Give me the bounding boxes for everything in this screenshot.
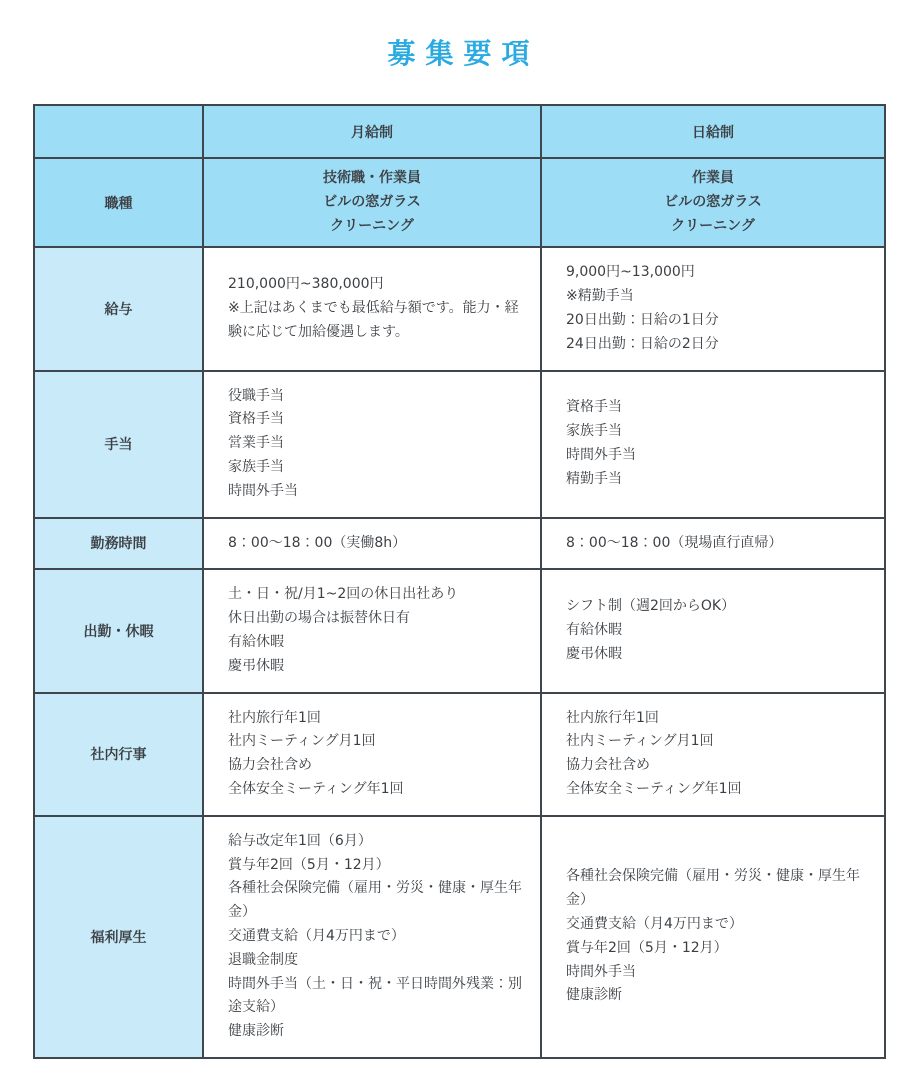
table-row-benefits: 福利厚生給与改定年1回（6月）賞与年2回（5月・12月）各種社会保険完備（雇用・…: [34, 816, 885, 1058]
text-line: 交通費支給（月4万円まで）: [566, 913, 872, 937]
job-type-daily-cell: 作業員ビルの窓ガラスクリーニング: [541, 158, 885, 247]
text-line: 協力会社含め: [228, 754, 528, 778]
text-line: ビルの窓ガラス: [210, 191, 534, 215]
text-line: ビルの窓ガラス: [548, 191, 878, 215]
text-line: 各種社会保険完備（雇用・労災・健康・厚生年金）: [566, 865, 872, 913]
table-body: 給与210,000円~380,000円※上記はあくまでも最低給与額です。能力・経…: [34, 247, 885, 1058]
text-line: 全体安全ミーティング年1回: [566, 778, 872, 802]
job-type-monthly-cell: 技術職・作業員ビルの窓ガラスクリーニング: [203, 158, 541, 247]
allowances-monthly-cell: 役職手当資格手当営業手当家族手当時間外手当: [203, 371, 541, 518]
row-label-job-type: 職種: [34, 158, 203, 247]
text-line: 9,000円~13,000円: [566, 261, 872, 285]
text-line: 時間外手当: [566, 444, 872, 468]
text-line: 賞与年2回（5月・12月）: [566, 937, 872, 961]
text-line: 慶弔休暇: [228, 655, 528, 679]
column-header-row: 月給制 日給制: [34, 105, 885, 158]
job-type-row: 職種 技術職・作業員ビルの窓ガラスクリーニング 作業員ビルの窓ガラスクリーニング: [34, 158, 885, 247]
company-events-daily-cell: 社内旅行年1回社内ミーティング月1回協力会社含め全体安全ミーティング年1回: [541, 693, 885, 816]
text-line: 資格手当: [228, 408, 528, 432]
text-line: 精勤手当: [566, 468, 872, 492]
recruitment-table: 月給制 日給制 職種 技術職・作業員ビルの窓ガラスクリーニング 作業員ビルの窓ガ…: [33, 104, 886, 1059]
working-hours-daily-cell: 8：00～18：00（現場直行直帰）: [541, 518, 885, 570]
corner-cell: [34, 105, 203, 158]
page: 募集要項 月給制 日給制 職種 技術職・作業員ビルの窓ガラスクリーニング 作業員…: [0, 0, 914, 1079]
column-header-monthly: 月給制: [203, 105, 541, 158]
row-label-allowances: 手当: [34, 371, 203, 518]
text-line: 社内旅行年1回: [566, 707, 872, 731]
text-line: 土・日・祝/月1~2回の休日出社あり: [228, 583, 528, 607]
text-line: シフト制（週2回からOK）: [566, 595, 872, 619]
text-line: 技術職・作業員: [210, 167, 534, 191]
text-line: 全体安全ミーティング年1回: [228, 778, 528, 802]
text-line: ※上記はあくまでも最低給与額です。能力・経験に応じて加給優遇します。: [228, 297, 528, 345]
text-line: 社内ミーティング月1回: [228, 730, 528, 754]
text-line: クリーニング: [210, 215, 534, 239]
attendance-holidays-monthly-cell: 土・日・祝/月1~2回の休日出社あり休日出勤の場合は振替休日有有給休暇慶弔休暇: [203, 569, 541, 692]
page-title: 募集要項: [33, 32, 884, 72]
text-line: 有給休暇: [228, 631, 528, 655]
text-line: ※精勤手当: [566, 285, 872, 309]
text-line: 賞与年2回（5月・12月）: [228, 854, 528, 878]
text-line: 時間外手当（土・日・祝・平日時間外残業：別途支給）: [228, 973, 528, 1021]
row-label-working-hours: 勤務時間: [34, 518, 203, 570]
text-line: 営業手当: [228, 432, 528, 456]
text-line: 慶弔休暇: [566, 643, 872, 667]
text-line: 210,000円~380,000円: [228, 273, 528, 297]
text-line: 健康診断: [566, 984, 872, 1008]
text-line: 有給休暇: [566, 619, 872, 643]
row-label-company-events: 社内行事: [34, 693, 203, 816]
salary-daily-cell: 9,000円~13,000円※精勤手当20日出勤：日給の1日分24日出勤：日給の…: [541, 247, 885, 370]
text-line: 時間外手当: [228, 480, 528, 504]
text-line: 24日出勤：日給の2日分: [566, 333, 872, 357]
benefits-daily-cell: 各種社会保険完備（雇用・労災・健康・厚生年金）交通費支給（月4万円まで）賞与年2…: [541, 816, 885, 1058]
text-line: 8：00～18：00（現場直行直帰）: [566, 532, 872, 556]
text-line: 役職手当: [228, 385, 528, 409]
text-line: 給与改定年1回（6月）: [228, 830, 528, 854]
column-header-daily: 日給制: [541, 105, 885, 158]
text-line: 退職金制度: [228, 949, 528, 973]
table-row-salary: 給与210,000円~380,000円※上記はあくまでも最低給与額です。能力・経…: [34, 247, 885, 370]
text-line: 社内旅行年1回: [228, 707, 528, 731]
text-line: 交通費支給（月4万円まで）: [228, 925, 528, 949]
table-row-attendance-holidays: 出勤・休暇土・日・祝/月1~2回の休日出社あり休日出勤の場合は振替休日有有給休暇…: [34, 569, 885, 692]
text-line: 協力会社含め: [566, 754, 872, 778]
working-hours-monthly-cell: 8：00～18：00（実働8h）: [203, 518, 541, 570]
text-line: 家族手当: [228, 456, 528, 480]
attendance-holidays-daily-cell: シフト制（週2回からOK）有給休暇慶弔休暇: [541, 569, 885, 692]
text-line: 時間外手当: [566, 961, 872, 985]
text-line: 家族手当: [566, 420, 872, 444]
text-line: 資格手当: [566, 396, 872, 420]
row-label-benefits: 福利厚生: [34, 816, 203, 1058]
row-label-salary: 給与: [34, 247, 203, 370]
text-line: 各種社会保険完備（雇用・労災・健康・厚生年金）: [228, 877, 528, 925]
table-row-allowances: 手当役職手当資格手当営業手当家族手当時間外手当資格手当家族手当時間外手当精勤手当: [34, 371, 885, 518]
table-row-working-hours: 勤務時間8：00～18：00（実働8h）8：00～18：00（現場直行直帰）: [34, 518, 885, 570]
text-line: 休日出勤の場合は振替休日有: [228, 607, 528, 631]
text-line: 社内ミーティング月1回: [566, 730, 872, 754]
table-row-company-events: 社内行事社内旅行年1回社内ミーティング月1回協力会社含め全体安全ミーティング年1…: [34, 693, 885, 816]
text-line: 作業員: [548, 167, 878, 191]
company-events-monthly-cell: 社内旅行年1回社内ミーティング月1回協力会社含め全体安全ミーティング年1回: [203, 693, 541, 816]
text-line: 20日出勤：日給の1日分: [566, 309, 872, 333]
row-label-attendance-holidays: 出勤・休暇: [34, 569, 203, 692]
text-line: 8：00～18：00（実働8h）: [228, 532, 528, 556]
salary-monthly-cell: 210,000円~380,000円※上記はあくまでも最低給与額です。能力・経験に…: [203, 247, 541, 370]
benefits-monthly-cell: 給与改定年1回（6月）賞与年2回（5月・12月）各種社会保険完備（雇用・労災・健…: [203, 816, 541, 1058]
text-line: クリーニング: [548, 215, 878, 239]
allowances-daily-cell: 資格手当家族手当時間外手当精勤手当: [541, 371, 885, 518]
